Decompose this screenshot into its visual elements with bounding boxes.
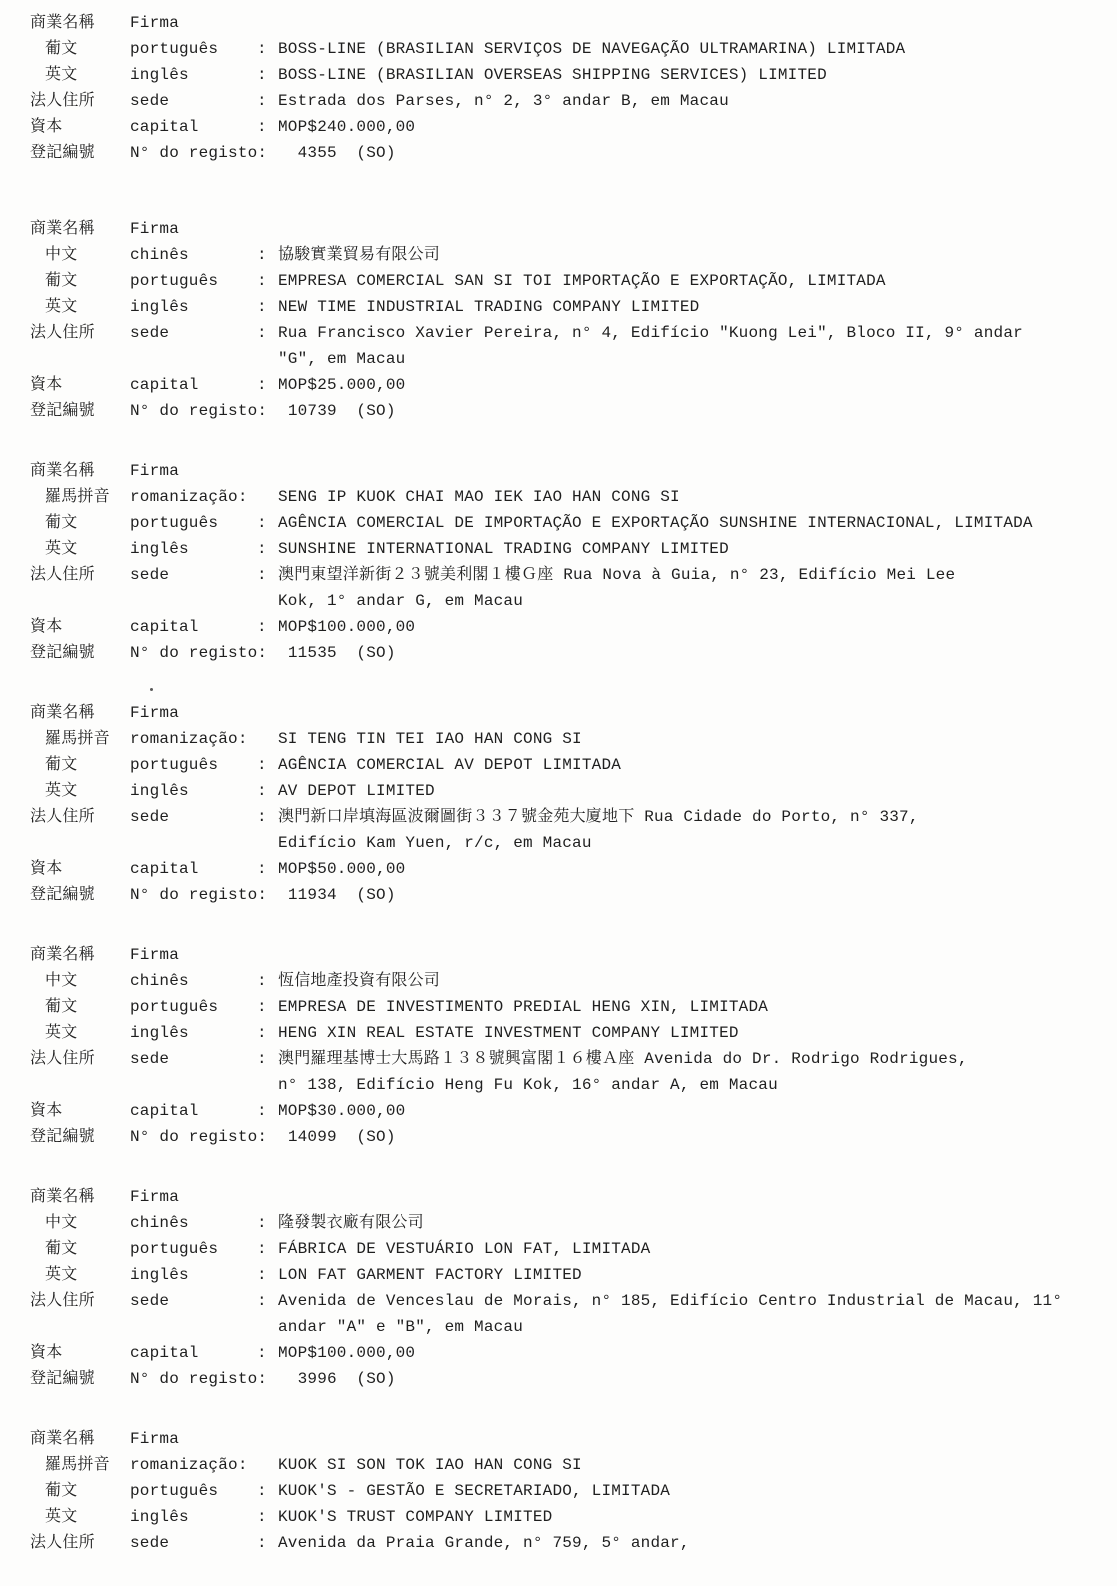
colon-separator: : [257,320,278,346]
label-chinese: 商業名稱 [30,10,130,36]
entry-row: 英文 inglês : NEW TIME INDUSTRIAL TRADING … [30,294,1097,320]
entry-row: 資本 capital : MOP$50.000,00 [30,856,1097,882]
label-chinese: 葡文 [30,510,130,536]
label-chinese: 羅馬拼音 [30,484,130,510]
field-value: MOP$30.000,00 [278,1098,1093,1124]
field-value: AGÊNCIA COMERCIAL DE IMPORTAÇÃO E EXPORT… [278,510,1093,536]
entry-rows: 商業名稱 Firma 中文 chinês : 隆發製衣廠有限公司 葡文 port… [30,1184,1097,1392]
label-portuguese: português [130,36,257,62]
registry-entry: 商業名稱 Firma 中文 chinês : 協駿實業貿易有限公司 葡文 por… [30,216,1097,424]
field-value: SENG IP KUOK CHAI MAO IEK IAO HAN CONG S… [278,484,1093,510]
gazette-page: 商業名稱 Firma 葡文 português : BOSS-LINE (BRA… [0,0,1117,1556]
entry-row: 葡文 português : EMPRESA DE INVESTIMENTO P… [30,994,1097,1020]
colon-separator: : [257,804,278,830]
label-chinese: 登記編號 [30,1366,130,1392]
field-value: 澳門羅理基博士大馬路１３８號興富閣１６樓Ａ座 Avenida do Dr. Ro… [278,1046,1093,1098]
entry-row: 資本 capital : MOP$240.000,00 [30,114,1097,140]
label-chinese: 英文 [30,1262,130,1288]
field-value: KUOK'S - GESTÃO E SECRETARIADO, LIMITADA [278,1478,1093,1504]
field-value: 11934 (SO) [278,882,1093,908]
label-portuguese: Firma [130,10,257,36]
label-chinese: 商業名稱 [30,942,130,968]
label-portuguese: N° do registo: [130,640,257,666]
entry-row: 中文 chinês : 協駿實業貿易有限公司 [30,242,1097,268]
colon-separator: : [257,968,278,994]
field-value: MOP$50.000,00 [278,856,1093,882]
label-portuguese: capital [130,372,257,398]
registry-entries: 商業名稱 Firma 葡文 português : BOSS-LINE (BRA… [30,10,1097,1556]
colon-separator: : [257,562,278,588]
colon-separator: : [257,536,278,562]
entry-row: 英文 inglês : SUNSHINE INTERNATIONAL TRADI… [30,536,1097,562]
entry-row: 商業名稱 Firma [30,216,1097,242]
label-chinese: 葡文 [30,1478,130,1504]
label-chinese: 法人住所 [30,88,130,114]
colon-separator: : [257,856,278,882]
colon-separator: : [257,268,278,294]
label-chinese: 葡文 [30,752,130,778]
entry-row: 資本 capital : MOP$100.000,00 [30,1340,1097,1366]
label-portuguese: romanização: [130,1452,257,1478]
entry-row: 英文 inglês : LON FAT GARMENT FACTORY LIMI… [30,1262,1097,1288]
entry-rows: 商業名稱 Firma 中文 chinês : 協駿實業貿易有限公司 葡文 por… [30,216,1097,424]
field-value: SI TENG TIN TEI IAO HAN CONG SI [278,726,1093,752]
entry-row: 法人住所 sede : 澳門羅理基博士大馬路１３８號興富閣１６樓Ａ座 Aveni… [30,1046,1097,1098]
entry-row: 資本 capital : MOP$100.000,00 [30,614,1097,640]
registry-entry: 商業名稱 Firma 中文 chinês : 隆發製衣廠有限公司 葡文 port… [30,1184,1097,1392]
entry-row: 羅馬拼音 romanização: SI TENG TIN TEI IAO HA… [30,726,1097,752]
entry-row: 中文 chinês : 隆發製衣廠有限公司 [30,1210,1097,1236]
field-value: LON FAT GARMENT FACTORY LIMITED [278,1262,1093,1288]
colon-separator: : [257,1530,278,1556]
label-portuguese: chinês [130,1210,257,1236]
colon-separator: : [257,994,278,1020]
label-portuguese: capital [130,114,257,140]
colon-separator: : [257,778,278,804]
entry-row: 商業名稱 Firma [30,1426,1097,1452]
field-value: MOP$100.000,00 [278,1340,1093,1366]
field-value: AV DEPOT LIMITED [278,778,1093,804]
label-portuguese: Firma [130,216,257,242]
label-chinese: 登記編號 [30,640,130,666]
entry-row: 英文 inglês : BOSS-LINE (BRASILIAN OVERSEA… [30,62,1097,88]
label-portuguese: inglês [130,536,257,562]
label-chinese: 登記編號 [30,1124,130,1150]
label-chinese: 英文 [30,1020,130,1046]
colon-separator: : [257,372,278,398]
label-chinese: 英文 [30,536,130,562]
label-chinese: 中文 [30,242,130,268]
field-value: Rua Francisco Xavier Pereira, n° 4, Edif… [278,320,1093,372]
scan-artifact-dot [150,688,153,691]
entry-row: 登記編號 N° do registo: 11535 (SO) [30,640,1097,666]
colon-separator: : [257,510,278,536]
colon-separator: : [257,242,278,268]
colon-separator: : [257,1236,278,1262]
field-value: 隆發製衣廠有限公司 [278,1210,1093,1236]
label-portuguese: inglês [130,1020,257,1046]
label-portuguese: Firma [130,1184,257,1210]
label-portuguese: sede [130,1288,257,1314]
label-chinese: 英文 [30,294,130,320]
registry-entry: 商業名稱 Firma 葡文 português : BOSS-LINE (BRA… [30,10,1097,166]
label-chinese: 葡文 [30,1236,130,1262]
label-chinese: 羅馬拼音 [30,1452,130,1478]
entry-row: 法人住所 sede : Rua Francisco Xavier Pereira… [30,320,1097,372]
label-chinese: 商業名稱 [30,1184,130,1210]
label-portuguese: chinês [130,242,257,268]
label-chinese: 葡文 [30,994,130,1020]
label-portuguese: capital [130,1098,257,1124]
label-portuguese: N° do registo: [130,882,257,908]
field-value: BOSS-LINE (BRASILIAN OVERSEAS SHIPPING S… [278,62,1093,88]
colon-separator: : [257,752,278,778]
label-chinese: 葡文 [30,36,130,62]
field-value: Avenida de Venceslau de Morais, n° 185, … [278,1288,1093,1340]
colon-separator: : [257,1020,278,1046]
colon-separator: : [257,114,278,140]
entry-row: 英文 inglês : HENG XIN REAL ESTATE INVESTM… [30,1020,1097,1046]
label-chinese: 法人住所 [30,1530,130,1556]
label-chinese: 商業名稱 [30,1426,130,1452]
field-value: 10739 (SO) [278,398,1093,424]
label-portuguese: N° do registo: [130,140,257,166]
colon-separator: : [257,1340,278,1366]
entry-row: 葡文 português : KUOK'S - GESTÃO E SECRETA… [30,1478,1097,1504]
colon-separator: : [257,1478,278,1504]
colon-separator: : [257,294,278,320]
label-portuguese: português [130,268,257,294]
label-chinese: 法人住所 [30,804,130,830]
label-chinese: 商業名稱 [30,700,130,726]
field-value: HENG XIN REAL ESTATE INVESTMENT COMPANY … [278,1020,1093,1046]
colon-separator: : [257,1262,278,1288]
entry-row: 登記編號 N° do registo: 10739 (SO) [30,398,1097,424]
entry-row: 葡文 português : FÁBRICA DE VESTUÁRIO LON … [30,1236,1097,1262]
registry-entry: 商業名稱 Firma 羅馬拼音 romanização: SENG IP KUO… [30,458,1097,666]
label-chinese: 資本 [30,114,130,140]
label-portuguese: sede [130,562,257,588]
field-value: MOP$240.000,00 [278,114,1093,140]
entry-rows: 商業名稱 Firma 葡文 português : BOSS-LINE (BRA… [30,10,1097,166]
entry-rows: 商業名稱 Firma 羅馬拼音 romanização: SENG IP KUO… [30,458,1097,666]
entry-row: 葡文 português : BOSS-LINE (BRASILIAN SERV… [30,36,1097,62]
entry-rows: 商業名稱 Firma 羅馬拼音 romanização: KUOK SI SON… [30,1426,1097,1556]
label-portuguese: sede [130,88,257,114]
entry-row: 羅馬拼音 romanização: KUOK SI SON TOK IAO HA… [30,1452,1097,1478]
field-value: 恆信地產投資有限公司 [278,968,1093,994]
registry-entry: 商業名稱 Firma 羅馬拼音 romanização: SI TENG TIN… [30,700,1097,908]
label-chinese: 資本 [30,1340,130,1366]
field-value: BOSS-LINE (BRASILIAN SERVIÇOS DE NAVEGAÇ… [278,36,1093,62]
label-portuguese: inglês [130,62,257,88]
label-portuguese: sede [130,1530,257,1556]
label-chinese: 資本 [30,372,130,398]
entry-row: 資本 capital : MOP$25.000,00 [30,372,1097,398]
registry-entry: 商業名稱 Firma 中文 chinês : 恆信地產投資有限公司 葡文 por… [30,942,1097,1150]
colon-separator: : [257,1098,278,1124]
label-portuguese: Firma [130,700,257,726]
field-value: 澳門東望洋新街２３號美利閣１樓Ｇ座 Rua Nova à Guia, n° 23… [278,562,1093,614]
field-value: 澳門新口岸填海區波爾圖街３３７號金苑大廈地下 Rua Cidade do Por… [278,804,1093,856]
label-portuguese: capital [130,1340,257,1366]
field-value: AGÊNCIA COMERCIAL AV DEPOT LIMITADA [278,752,1093,778]
entry-row: 商業名稱 Firma [30,700,1097,726]
entry-rows: 商業名稱 Firma 中文 chinês : 恆信地產投資有限公司 葡文 por… [30,942,1097,1150]
entry-row: 中文 chinês : 恆信地產投資有限公司 [30,968,1097,994]
label-portuguese: sede [130,804,257,830]
label-portuguese: inglês [130,1504,257,1530]
entry-row: 資本 capital : MOP$30.000,00 [30,1098,1097,1124]
label-chinese: 資本 [30,1098,130,1124]
label-portuguese: capital [130,614,257,640]
label-portuguese: N° do registo: [130,1124,257,1150]
entry-rows: 商業名稱 Firma 羅馬拼音 romanização: SI TENG TIN… [30,700,1097,908]
label-chinese: 法人住所 [30,562,130,588]
field-value: 4355 (SO) [278,140,1093,166]
label-portuguese: português [130,994,257,1020]
label-portuguese: português [130,1236,257,1262]
field-value: 協駿實業貿易有限公司 [278,242,1093,268]
label-portuguese: inglês [130,1262,257,1288]
label-chinese: 商業名稱 [30,216,130,242]
label-chinese: 英文 [30,1504,130,1530]
entry-row: 羅馬拼音 romanização: SENG IP KUOK CHAI MAO … [30,484,1097,510]
label-chinese: 商業名稱 [30,458,130,484]
label-portuguese: Firma [130,458,257,484]
label-portuguese: sede [130,1046,257,1072]
entry-row: 商業名稱 Firma [30,1184,1097,1210]
field-value: KUOK SI SON TOK IAO HAN CONG SI [278,1452,1093,1478]
label-portuguese: chinês [130,968,257,994]
entry-row: 葡文 português : AGÊNCIA COMERCIAL DE IMPO… [30,510,1097,536]
label-chinese: 法人住所 [30,320,130,346]
entry-row: 法人住所 sede : Avenida da Praia Grande, n° … [30,1530,1097,1556]
label-portuguese: N° do registo: [130,1366,257,1392]
registry-entry: 商業名稱 Firma 羅馬拼音 romanização: KUOK SI SON… [30,1426,1097,1556]
colon-separator: : [257,1046,278,1072]
label-chinese: 葡文 [30,268,130,294]
colon-separator: : [257,1504,278,1530]
entry-row: 商業名稱 Firma [30,458,1097,484]
label-chinese: 英文 [30,778,130,804]
entry-row: 葡文 português : AGÊNCIA COMERCIAL AV DEPO… [30,752,1097,778]
entry-row: 登記編號 N° do registo: 11934 (SO) [30,882,1097,908]
entry-row: 英文 inglês : KUOK'S TRUST COMPANY LIMITED [30,1504,1097,1530]
entry-row: 登記編號 N° do registo: 3996 (SO) [30,1366,1097,1392]
entry-row: 登記編號 N° do registo: 4355 (SO) [30,140,1097,166]
label-portuguese: inglês [130,294,257,320]
label-chinese: 資本 [30,856,130,882]
entry-row: 登記編號 N° do registo: 14099 (SO) [30,1124,1097,1150]
label-portuguese: romanização: [130,484,257,510]
field-value: MOP$100.000,00 [278,614,1093,640]
colon-separator: : [257,88,278,114]
label-chinese: 登記編號 [30,140,130,166]
scanned-gazette-page: { "entries": [ { "rows": [ {"zh": "商業名稱"… [0,0,1117,1586]
colon-separator: : [257,1288,278,1314]
colon-separator: : [257,1210,278,1236]
field-value: Avenida da Praia Grande, n° 759, 5° anda… [278,1530,1093,1556]
label-chinese: 登記編號 [30,882,130,908]
label-portuguese: português [130,752,257,778]
field-value: 3996 (SO) [278,1366,1093,1392]
entry-row: 法人住所 sede : 澳門新口岸填海區波爾圖街３３７號金苑大廈地下 Rua C… [30,804,1097,856]
entry-row: 法人住所 sede : 澳門東望洋新街２３號美利閣１樓Ｇ座 Rua Nova à… [30,562,1097,614]
label-portuguese: capital [130,856,257,882]
label-portuguese: português [130,510,257,536]
label-portuguese: inglês [130,778,257,804]
label-chinese: 羅馬拼音 [30,726,130,752]
colon-separator: : [257,614,278,640]
entry-row: 商業名稱 Firma [30,942,1097,968]
field-value: Estrada dos Parses, n° 2, 3° andar B, em… [278,88,1093,114]
field-value: EMPRESA DE INVESTIMENTO PREDIAL HENG XIN… [278,994,1093,1020]
colon-separator: : [257,62,278,88]
label-portuguese: sede [130,320,257,346]
label-chinese: 中文 [30,1210,130,1236]
colon-separator: : [257,36,278,62]
entry-row: 英文 inglês : AV DEPOT LIMITED [30,778,1097,804]
field-value: NEW TIME INDUSTRIAL TRADING COMPANY LIMI… [278,294,1093,320]
field-value: MOP$25.000,00 [278,372,1093,398]
field-value: FÁBRICA DE VESTUÁRIO LON FAT, LIMITADA [278,1236,1093,1262]
field-value: 11535 (SO) [278,640,1093,666]
label-chinese: 法人住所 [30,1288,130,1314]
entry-row: 法人住所 sede : Estrada dos Parses, n° 2, 3°… [30,88,1097,114]
entry-row: 法人住所 sede : Avenida de Venceslau de Mora… [30,1288,1097,1340]
field-value: SUNSHINE INTERNATIONAL TRADING COMPANY L… [278,536,1093,562]
label-portuguese: português [130,1478,257,1504]
label-chinese: 登記編號 [30,398,130,424]
field-value: EMPRESA COMERCIAL SAN SI TOI IMPORTAÇÃO … [278,268,1093,294]
label-chinese: 中文 [30,968,130,994]
label-portuguese: Firma [130,1426,257,1452]
field-value: KUOK'S TRUST COMPANY LIMITED [278,1504,1093,1530]
label-chinese: 法人住所 [30,1046,130,1072]
entry-row: 葡文 português : EMPRESA COMERCIAL SAN SI … [30,268,1097,294]
label-chinese: 英文 [30,62,130,88]
label-portuguese: Firma [130,942,257,968]
label-chinese: 資本 [30,614,130,640]
field-value: 14099 (SO) [278,1124,1093,1150]
label-portuguese: romanização: [130,726,257,752]
entry-row: 商業名稱 Firma [30,10,1097,36]
label-portuguese: N° do registo: [130,398,257,424]
